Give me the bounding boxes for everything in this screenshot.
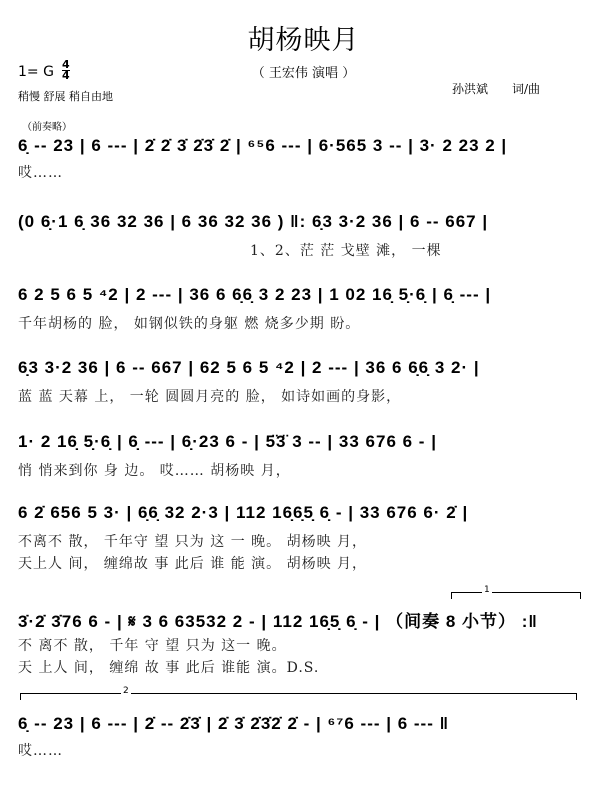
tempo-marking: 稍慢 舒展 稍自由地 [18,88,113,104]
key-signature: 1= G [18,64,54,80]
first-ending-number: 1 [482,585,492,595]
staff-line-7: 3̇·2̇ 3̇76 6 - | 𝄋 3 6 63532 2 - | 112 1… [18,607,538,632]
lyric-line-1: 哎…… [18,162,63,182]
prelude-note: （前奏略） [22,118,72,133]
composer-credit: 孙洪斌词/曲 [452,80,540,97]
lyric-line-7a: 不 离不 散， 千年 守 望 只为 这一 晚。 [18,635,287,655]
second-ending-number: 2 [121,686,131,696]
lyric-line-2: 1、2、茫 茫 戈壁 滩， 一棵 [250,240,442,260]
song-title: 胡杨映月 [0,18,607,57]
time-signature: 4 4 [62,60,70,81]
lyric-line-5: 悄 悄来到你 身 边。 哎…… 胡杨映 月， [18,460,291,480]
lyric-line-7b: 天 上人 间， 缠绵 故 事 此后 谁能 演。D.S. [18,657,319,677]
second-ending-bracket: 2 [20,693,577,700]
lyric-line-8: 哎…… [18,740,63,760]
staff-line-1: 6̣ -- 23 | 6 --- | 2̇ 2̇ 3̇ 2̇3̇ 2̇ | ⁶⁵… [18,136,507,156]
lyric-line-4: 蓝 蓝 天幕 上， 一轮 圆圆月亮的 脸， 如诗如画的身影， [18,386,401,406]
time-signature-bottom: 4 [62,69,70,82]
staff-line-6: 6 2̇ 656 5 3· | 6̣6̣ 32 2·3 | 112 16̣6̣5… [18,503,468,523]
staff-line-2: (0 6̣·1 6̣ 36 32 36 | 6 36 32 36 ) ‖: 6̣… [18,212,488,232]
staff-line-5: 1· 2 16̣ 5̣·6̣ | 6̣ --- | 6̣·23 6 - | 5̈… [18,432,437,452]
staff-line-4: 6̣3 3·2 36 | 6 -- 667 | 62 5 6 5 ⁴2 | 2 … [18,358,480,378]
first-ending-bracket: 1 [451,592,581,599]
staff-line-3: 6 2 5 6 5 ⁴2 | 2 --- | 36 6 6̣6̣ 3 2 23 … [18,285,491,305]
lyric-line-3: 千年胡杨的 脸， 如钢似铁的身躯 燃 烧多少期 盼。 [18,313,360,333]
singer-credit: （ 王宏伟 演唱 ） [0,62,607,81]
composer-role: 词/曲 [512,82,540,96]
composer-name: 孙洪斌 [452,82,488,96]
lyric-line-6a: 不离不 散， 千年守 望 只为 这 一 晚。 胡杨映 月， [18,531,367,551]
staff-line-8: 6̣ -- 23 | 6 --- | 2̇ -- 2̇3̇ | 2̇ 3̇ 2̇… [18,714,449,734]
lyric-line-6b: 天上人 间， 缠绵故 事 此后 谁 能 演。 胡杨映 月， [18,553,367,573]
